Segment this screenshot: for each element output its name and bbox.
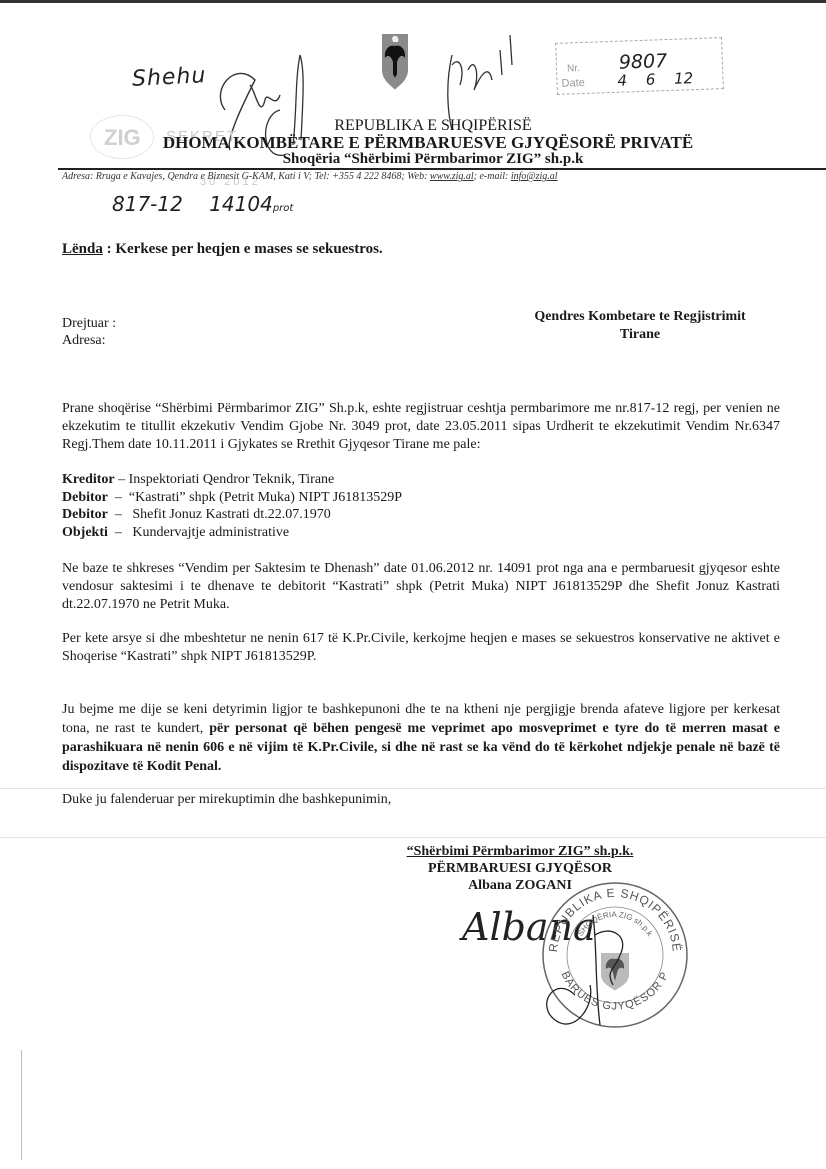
received-stamp: Nr. Date 9807 4 6 12 [555, 37, 724, 95]
party-separator: – [115, 472, 129, 487]
web-link[interactable]: www.zig.al [430, 171, 474, 182]
party-value: Kundervajtje administrative [132, 525, 289, 540]
letterhead-chamber: DHOMA KOMBËTARE E PËRMBARUESVE GJYQËSORË… [0, 133, 826, 153]
stamp-date-label: Date [561, 77, 585, 90]
party-role: Debitor [62, 507, 108, 522]
party-value: “Kastrati” shpk (Petrit Muka) NIPT J6181… [129, 490, 402, 505]
intro-paragraph: Prane shoqërise “Shërbimi Përmbarimor ZI… [62, 400, 780, 454]
scan-left-edge [21, 1050, 22, 1160]
email-link[interactable]: info@zig.al [511, 171, 558, 182]
stamp-nr-label: Nr. [567, 63, 580, 74]
party-row: Debitor – Shefit Jonuz Kastrati dt.22.07… [62, 506, 402, 524]
subject-text: : Kerkese per heqjen e mases se sekuestr… [103, 241, 383, 257]
handwritten-prot-number: 14104 [209, 192, 273, 216]
letterhead-company: Shoqëria “Shërbimi Përmbarimor ZIG” sh.p… [0, 151, 826, 168]
party-role: Objekti [62, 525, 108, 540]
closing-line: Duke ju falenderuar per mirekuptimin dhe… [62, 792, 391, 808]
scan-artifact-line [0, 837, 826, 838]
stamp-date-value: 4 6 12 [617, 69, 693, 90]
party-role: Kreditor [62, 472, 115, 487]
recipient-block: Qendres Kombetare te Regjistrimit Tirane [500, 308, 780, 344]
party-role: Debitor [62, 490, 108, 505]
party-row: Kreditor – Inspektoriati Qendror Teknik,… [62, 471, 402, 489]
recipient-name: Qendres Kombetare te Regjistrimit [500, 308, 780, 326]
email-label: ; e-mail: [474, 171, 511, 182]
handwritten-case-number: 817-12 [112, 192, 183, 216]
scan-artifact-line [0, 788, 826, 789]
party-row: Debitor – “Kastrati” shpk (Petrit Muka) … [62, 489, 402, 507]
subject-line: Lënda : Kerkese per heqjen e mases se se… [62, 241, 383, 258]
official-seal-icon: REPUBLIKA E SHQIPËRISË PËRMBARUES GJYQËS… [535, 875, 695, 1035]
signature-company: “Shërbimi Përmbarimor ZIG” sh.p.k. [370, 843, 670, 860]
party-separator: – [108, 490, 129, 505]
letterhead-divider [58, 168, 826, 170]
legal-warning-paragraph: Ju bejme me dije se keni detyrimin ligjo… [62, 700, 780, 776]
party-value: Shefit Jonuz Kastrati dt.22.07.1970 [132, 507, 330, 522]
scan-top-edge [0, 0, 826, 3]
address-text: Adresa: Rruga e Kavajes, Qendra e Biznes… [62, 171, 430, 182]
address-label: Adresa: [62, 332, 116, 349]
party-value: Inspektoriati Qendror Teknik, Tirane [129, 472, 335, 487]
correction-paragraph: Ne baze te shkreses “Vendim per Saktesim… [62, 560, 780, 614]
parties-list: Kreditor – Inspektoriati Qendror Teknik,… [62, 471, 402, 541]
letterhead-address: Adresa: Rruga e Kavajes, Qendra e Biznes… [62, 171, 558, 182]
party-row: Objekti – Kundervajtje administrative [62, 524, 402, 542]
svg-text:SHOQËRIA ZIG sh.p.k: SHOQËRIA ZIG sh.p.k [576, 910, 655, 939]
recipient-city: Tirane [500, 326, 780, 344]
handwritten-name: Shehu [131, 63, 207, 92]
svg-text:REPUBLIKA E SHQIPËRISË: REPUBLIKA E SHQIPËRISË [546, 886, 684, 953]
recipient-labels: Drejtuar : Adresa: [62, 315, 116, 349]
to-label: Drejtuar : [62, 315, 116, 332]
party-separator: – [108, 507, 133, 522]
party-separator: – [108, 525, 133, 540]
subject-label: Lënda [62, 241, 103, 257]
handwritten-reference: 817-12 14104prot [112, 192, 293, 216]
request-paragraph: Per kete arsye si dhe mbeshtetur ne neni… [62, 630, 780, 666]
albanian-coat-of-arms-icon [381, 22, 409, 92]
handwritten-prot-suffix: prot [273, 203, 294, 214]
